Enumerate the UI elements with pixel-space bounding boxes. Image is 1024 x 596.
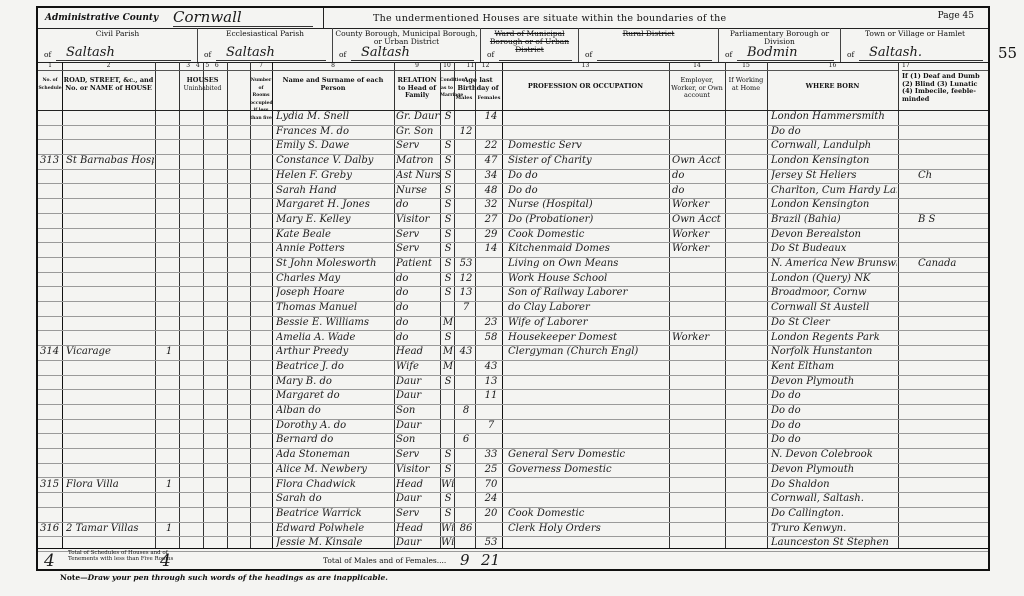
house-name [66, 184, 154, 199]
employment-status [672, 478, 724, 493]
female-age: 58 [481, 331, 501, 346]
birthplace: Do do [771, 389, 897, 404]
col-group-label: HOUSES [155, 77, 250, 85]
col-label: Condition as to Marriage [440, 77, 454, 100]
schedule-number [40, 360, 62, 375]
occupation: Governess Domestic [508, 463, 668, 478]
table-row: Charles MaydoS12Work House SchoolLondon … [38, 272, 988, 288]
relation: Patient [396, 257, 440, 272]
house-name [66, 419, 154, 434]
female-age [481, 125, 501, 140]
marital-condition: S [441, 257, 455, 272]
col-label: RELATION to Head of Family [394, 77, 440, 100]
page-number: Page 45 [938, 11, 974, 21]
person-name: Annie Potters [276, 242, 394, 257]
col-num: 3 4 5 6 [155, 62, 250, 71]
inhabited-count [162, 507, 176, 522]
house-name [66, 433, 154, 448]
male-age [457, 507, 475, 522]
female-age [481, 433, 501, 448]
relation: Daur [396, 389, 440, 404]
inhabited-count [162, 286, 176, 301]
occupation: Cook Domestic [508, 507, 668, 522]
person-name: Alban do [276, 404, 394, 419]
house-name: Vicarage [66, 345, 154, 360]
schedule-number: 315 [40, 478, 62, 493]
schedules-total-label: Total of Schedules of Houses and of Tene… [68, 550, 198, 562]
male-age: 13 [457, 286, 475, 301]
infirmity [918, 507, 988, 522]
occupation: Housekeeper Domest [508, 331, 668, 346]
infirmity [918, 345, 988, 360]
infirmity [918, 433, 988, 448]
col-num: 9 [394, 62, 440, 71]
table-row: 315Flora Villa1Flora ChadwickHeadWid70Do… [38, 478, 988, 494]
female-age [481, 272, 501, 287]
female-age: 27 [481, 213, 501, 228]
infirmity [918, 242, 988, 257]
infirmity [918, 316, 988, 331]
col-num: 2 [62, 62, 155, 71]
house-name [66, 110, 154, 125]
schedule-number [40, 448, 62, 463]
totals-row: 4 Total of Schedules of Houses and of Te… [38, 548, 988, 574]
employment-status: Own Acct [672, 154, 724, 169]
area-value: Saltash [351, 45, 474, 61]
marital-condition: S [441, 375, 455, 390]
relation: do [396, 331, 440, 346]
marital-condition [441, 125, 455, 140]
table-row: St John MolesworthPatientS53Living on Ow… [38, 257, 988, 273]
person-name: St John Molesworth [276, 257, 394, 272]
birthplace: London Regents Park [771, 331, 897, 346]
footnote-prefix: Note— [60, 573, 88, 582]
relation: do [396, 198, 440, 213]
person-name: Arthur Preedy [276, 345, 394, 360]
schedule-number: 314 [40, 345, 62, 360]
occupation [508, 478, 668, 493]
area-of: of [44, 50, 51, 59]
marital-condition [441, 433, 455, 448]
occupation: General Serv Domestic [508, 448, 668, 463]
schedule-number [40, 492, 62, 507]
house-name [66, 301, 154, 316]
house-name [66, 169, 154, 184]
table-row: Margaret H. JonesdoS32Nurse (Hospital)Wo… [38, 198, 988, 214]
col-label: If Working at Home [725, 77, 767, 92]
birthplace: Devon Plymouth [771, 375, 897, 390]
table-row: Beatrice J. doWifeM43Kent Eltham [38, 360, 988, 376]
col-num: 10 [440, 62, 454, 71]
male-age: 86 [457, 522, 475, 537]
relation: Head [396, 345, 440, 360]
birthplace: Devon Plymouth [771, 463, 897, 478]
employment-status [672, 404, 724, 419]
male-age: 43 [457, 345, 475, 360]
male-age [457, 198, 475, 213]
female-age: 70 [481, 478, 501, 493]
marital-condition: S [441, 139, 455, 154]
occupation: Kitchenmaid Domes [508, 242, 668, 257]
table-row: Joseph HoaredoS13Son of Railway LaborerB… [38, 286, 988, 302]
schedule-number [40, 110, 62, 125]
infirmity [918, 125, 988, 140]
employment-status [672, 272, 724, 287]
infirmity [918, 478, 988, 493]
area-label: Civil Parish [38, 30, 197, 38]
house-name [66, 389, 154, 404]
area-ward: Ward of Municipal Borough or of Urban Di… [481, 28, 579, 62]
occupation: Son of Railway Laborer [508, 286, 668, 301]
col-num: 16 [767, 62, 898, 71]
schedule-number [40, 242, 62, 257]
inhabited-count [162, 154, 176, 169]
table-row: Sarah HandNurseS48Do dodoCharlton, Cum H… [38, 184, 988, 200]
relation: do [396, 272, 440, 287]
infirmity [918, 448, 988, 463]
inhabited-count [162, 433, 176, 448]
birthplace: Do Shaldon [771, 478, 897, 493]
col-subgroup-label: Uninhabited [155, 85, 250, 93]
infirmity [918, 184, 988, 199]
marital-condition [441, 419, 455, 434]
table-row: Mary B. doDaurS13Devon Plymouth [38, 375, 988, 391]
birthplace: Broadmoor, Cornw [771, 286, 897, 301]
inhabited-count: 1 [162, 478, 176, 493]
female-age [481, 257, 501, 272]
col-header-schedule: 1No. of Schedule [38, 62, 62, 110]
area-of: of [847, 50, 854, 59]
marital-condition: S [441, 272, 455, 287]
relation: Serv [396, 448, 440, 463]
inhabited-count [162, 184, 176, 199]
persons-total-label: Total of Males and of Females.... [323, 556, 446, 565]
person-name: Thomas Manuel [276, 301, 394, 316]
infirmity [918, 492, 988, 507]
employment-status [672, 125, 724, 140]
marital-condition: S [441, 448, 455, 463]
birthplace: Norfolk Hunstanton [771, 345, 897, 360]
person-name: Sarah do [276, 492, 394, 507]
relation: Matron [396, 154, 440, 169]
col-header-houses: 3 4 5 6HOUSESUninhabited [155, 62, 250, 110]
birthplace: Brazil (Bahia) [771, 213, 897, 228]
relation: Serv [396, 242, 440, 257]
occupation [508, 433, 668, 448]
inhabited-count [162, 257, 176, 272]
female-age: 22 [481, 139, 501, 154]
birthplace: Do do [771, 404, 897, 419]
col-header-condition: 10Condition as to Marriage [440, 62, 454, 110]
admin-county-label: Administrative County [45, 13, 158, 23]
inhabited-count [162, 316, 176, 331]
table-row: Mary E. KelleyVisitorS27Do (Probationer)… [38, 213, 988, 229]
marital-condition [441, 301, 455, 316]
birthplace: London (Query) NK [771, 272, 897, 287]
infirmity [918, 110, 988, 125]
occupation: Clergyman (Church Engl) [508, 345, 668, 360]
col-header-occupation: 13PROFESSION OR OCCUPATION [502, 62, 669, 110]
employment-status [672, 301, 724, 316]
birthplace: Do do [771, 125, 897, 140]
table-row: Thomas Manueldo7do Clay LaborerCornwall … [38, 301, 988, 317]
occupation: Do do [508, 184, 668, 199]
person-name: Amelia A. Wade [276, 331, 394, 346]
house-name [66, 198, 154, 213]
person-name: Bessie E. Williams [276, 316, 394, 331]
occupation: Wife of Laborer [508, 316, 668, 331]
house-name [66, 242, 154, 257]
schedule-number [40, 257, 62, 272]
employment-status [672, 522, 724, 537]
male-age [457, 169, 475, 184]
female-age: 29 [481, 228, 501, 243]
col-num: 8 [272, 62, 394, 71]
infirmity: Ch [918, 169, 988, 184]
female-age: 13 [481, 375, 501, 390]
area-parliamentary: Parliamentary Borough or Division of Bod… [719, 28, 841, 62]
birthplace: N. America New Brunswick [771, 257, 897, 272]
inhabited-count [162, 272, 176, 287]
person-name: Beatrice Warrick [276, 507, 394, 522]
house-name [66, 463, 154, 478]
table-row: Sarah doDaurS24Cornwall, Saltash. [38, 492, 988, 508]
relation: Daur [396, 375, 440, 390]
employment-status [672, 286, 724, 301]
col-num: 17 [902, 62, 988, 71]
marital-condition: Wid [441, 478, 455, 493]
person-name: Bernard do [276, 433, 394, 448]
header-areas-row: Civil Parish of Saltash Ecclesiastical P… [38, 28, 988, 63]
relation: Serv [396, 228, 440, 243]
area-value [499, 60, 572, 61]
employment-status [672, 433, 724, 448]
col-num: 11 12 [454, 62, 502, 71]
infirmity [918, 375, 988, 390]
female-age: 7 [481, 419, 501, 434]
employment-status [672, 375, 724, 390]
male-age: 8 [457, 404, 475, 419]
employment-status [672, 360, 724, 375]
col-num: 13 [502, 62, 669, 71]
employment-status [672, 463, 724, 478]
relation: Gr. Daur [396, 110, 440, 125]
area-value [597, 60, 712, 61]
infirmity [918, 419, 988, 434]
col-num: 15 [725, 62, 767, 71]
male-age [457, 331, 475, 346]
infirmity [918, 301, 988, 316]
employment-status [672, 345, 724, 360]
area-label: Ecclesiastical Parish [198, 30, 332, 38]
schedule-number: 316 [40, 522, 62, 537]
house-name [66, 492, 154, 507]
person-name: Sarah Hand [276, 184, 394, 199]
table-row: Alice M. NewberyVisitorS25Governess Dome… [38, 463, 988, 479]
male-age [457, 184, 475, 199]
col-num: 7 [250, 62, 272, 71]
col-header-name: 8Name and Surname of each Person [272, 62, 394, 110]
female-age: 48 [481, 184, 501, 199]
inhabited-count: 1 [162, 522, 176, 537]
male-age: 6 [457, 433, 475, 448]
male-age [457, 139, 475, 154]
birthplace: Do do [771, 419, 897, 434]
person-name: Flora Chadwick [276, 478, 394, 493]
relation: do [396, 286, 440, 301]
house-name [66, 272, 154, 287]
person-name: Constance V. Dalby [276, 154, 394, 169]
female-age: 47 [481, 154, 501, 169]
area-civil-parish: Civil Parish of Saltash [38, 28, 198, 62]
person-name: Dorothy A. do [276, 419, 394, 434]
schedule-number [40, 301, 62, 316]
male-age [457, 375, 475, 390]
employment-status [672, 492, 724, 507]
schedule-number [40, 125, 62, 140]
house-name [66, 375, 154, 390]
inhabited-count: 1 [162, 345, 176, 360]
table-row: Kate BealeServS29Cook DomesticWorkerDevo… [38, 228, 988, 244]
inhabited-count [162, 110, 176, 125]
schedule-number [40, 375, 62, 390]
marital-condition: S [441, 507, 455, 522]
house-name [66, 257, 154, 272]
col-header-rooms: 7Number of Rooms occupied if less than f… [250, 62, 272, 110]
relation: Head [396, 478, 440, 493]
infirmity [918, 228, 988, 243]
marital-condition: S [441, 198, 455, 213]
relation: Daur [396, 492, 440, 507]
marital-condition: S [441, 169, 455, 184]
person-name: Mary E. Kelley [276, 213, 394, 228]
col-header-employment: 14Employer, Worker, or Own account [669, 62, 725, 110]
col-header-where-born: 16WHERE BORN [767, 62, 898, 110]
female-age: 25 [481, 463, 501, 478]
table-row: Helen F. GrebyAst NurseS34Do dodoJersey … [38, 169, 988, 185]
area-label: Rural District [579, 30, 718, 38]
females-total: 21 [481, 551, 500, 569]
area-label: Town or Village or Hamlet [841, 30, 989, 38]
table-row: Emily S. DaweServS22Domestic ServCornwal… [38, 139, 988, 155]
table-row: Bessie E. WilliamsdoM23Wife of LaborerDo… [38, 316, 988, 332]
inhabited-count [162, 125, 176, 140]
person-name: Alice M. Newbery [276, 463, 394, 478]
schedule-number [40, 331, 62, 346]
admin-county-value: Cornwall [173, 8, 313, 27]
person-name: Joseph Hoare [276, 286, 394, 301]
col-header-age: 11 12Age last Birthday ofMales Females [454, 62, 502, 110]
marital-condition [441, 389, 455, 404]
person-name: Lydia M. Snell [276, 110, 394, 125]
marital-condition: Wid [441, 522, 455, 537]
table-row: Beatrice WarrickServS20Cook DomesticDo C… [38, 507, 988, 523]
inhabited-count [162, 213, 176, 228]
birthplace: London Kensington [771, 198, 897, 213]
schedule-number [40, 404, 62, 419]
schedule-number [40, 507, 62, 522]
area-of: of [725, 50, 732, 59]
female-age [481, 404, 501, 419]
occupation: Do (Probationer) [508, 213, 668, 228]
house-name [66, 228, 154, 243]
table-row: Alban doSon8Do do [38, 404, 988, 420]
birthplace: London Kensington [771, 154, 897, 169]
schedule-number [40, 139, 62, 154]
relation: Daur [396, 419, 440, 434]
birthplace: London Hammersmith [771, 110, 897, 125]
occupation [508, 404, 668, 419]
male-age [457, 448, 475, 463]
relation: Nurse [396, 184, 440, 199]
employment-status [672, 257, 724, 272]
occupation [508, 125, 668, 140]
male-age [457, 316, 475, 331]
occupation [508, 492, 668, 507]
male-age [457, 154, 475, 169]
male-age [457, 228, 475, 243]
table-row: Bernard doSon6Do do [38, 433, 988, 449]
relation: Head [396, 522, 440, 537]
area-value: Saltash. [859, 45, 983, 61]
employment-status: do [672, 169, 724, 184]
female-age: 23 [481, 316, 501, 331]
person-name: Edward Polwhele [276, 522, 394, 537]
schedule-number [40, 389, 62, 404]
female-age: 34 [481, 169, 501, 184]
occupation [508, 360, 668, 375]
occupation: do Clay Laborer [508, 301, 668, 316]
female-age [481, 522, 501, 537]
area-value: Saltash [216, 45, 326, 61]
occupation: Cook Domestic [508, 228, 668, 243]
infirmity [918, 522, 988, 537]
infirmity [918, 139, 988, 154]
table-row: Margaret doDaur11Do do [38, 389, 988, 405]
occupation: Work House School [508, 272, 668, 287]
marital-condition: S [441, 286, 455, 301]
occupation [508, 419, 668, 434]
relation: Gr. Son [396, 125, 440, 140]
birthplace: Cornwall St Austell [771, 301, 897, 316]
house-name [66, 286, 154, 301]
admin-county-box: Administrative County Cornwall [38, 8, 324, 28]
employment-status [672, 419, 724, 434]
area-ecclesiastical-parish: Ecclesiastical Parish of Saltash [198, 28, 333, 62]
birthplace: Truro Kenwyn. [771, 522, 897, 537]
house-name [66, 360, 154, 375]
inhabited-count [162, 242, 176, 257]
house-name [66, 139, 154, 154]
marital-condition: S [441, 242, 455, 257]
inhabited-count [162, 331, 176, 346]
employment-status: Worker [672, 228, 724, 243]
inhabited-count [162, 463, 176, 478]
area-of: of [585, 50, 592, 59]
employment-status [672, 448, 724, 463]
female-age: 14 [481, 110, 501, 125]
col-label-females: Females [478, 95, 501, 101]
employment-status: Worker [672, 198, 724, 213]
employment-status: Worker [672, 242, 724, 257]
male-age [457, 389, 475, 404]
inhabited-count [162, 404, 176, 419]
col-label: PROFESSION OR OCCUPATION [502, 83, 669, 91]
relation: Visitor [396, 463, 440, 478]
person-name: Helen F. Greby [276, 169, 394, 184]
occupation: Nurse (Hospital) [508, 198, 668, 213]
male-age [457, 110, 475, 125]
